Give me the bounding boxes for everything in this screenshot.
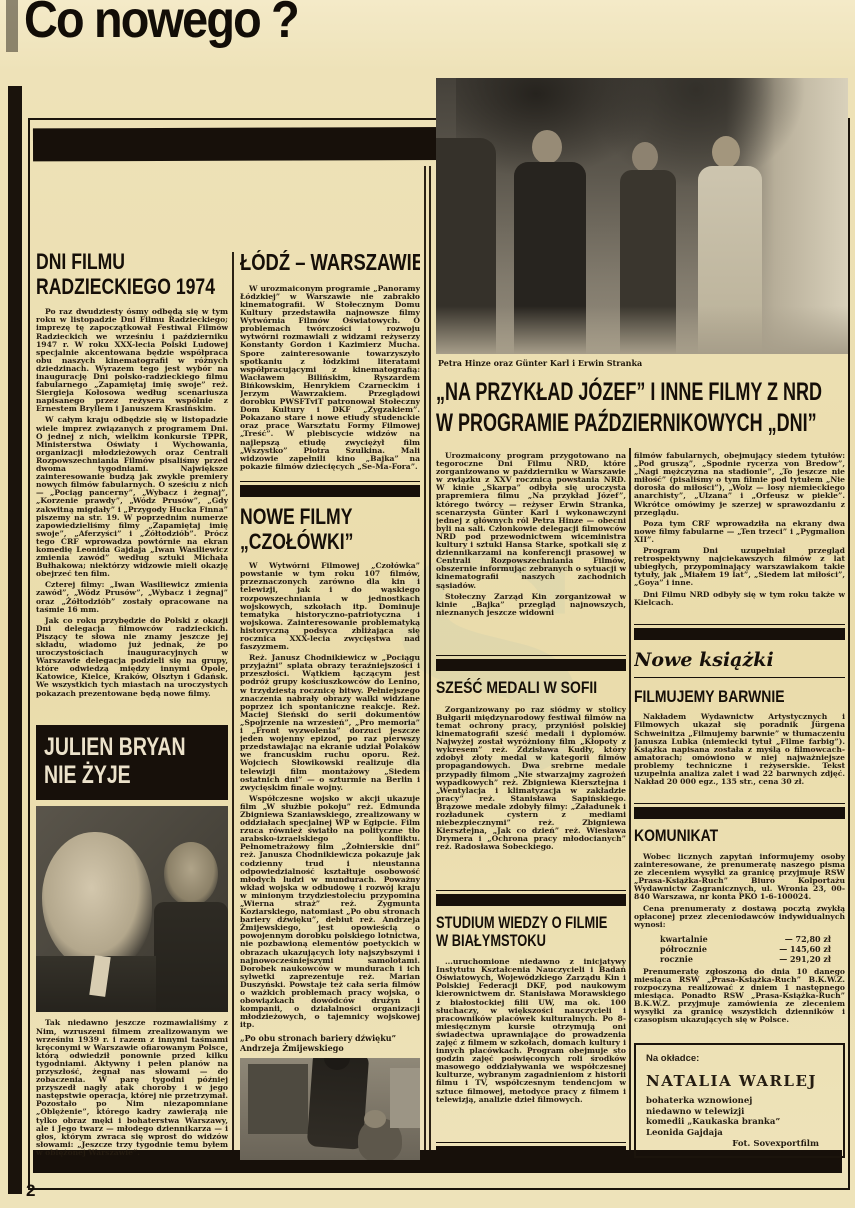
article-body: ...uruchomione niedawno z inicjatywy Ins… xyxy=(436,958,626,1107)
article-body: Tak niedawno jeszcze rozmawialiśmy z Nim… xyxy=(36,1019,228,1160)
paragraph: W całym kraju odbędzie się w listopadzie… xyxy=(36,416,228,578)
article-title-nrd: „NA PRZYKŁAD JÓZEF” I INNE FILMY Z NRD W… xyxy=(436,377,848,439)
section-divider xyxy=(634,624,845,640)
article-body: W Wytwórni Filmowej „Czołówka” powstanie… xyxy=(240,562,420,1032)
paragraph: filmów fabularnych, obejmujący siedem ty… xyxy=(634,452,845,517)
column-4: filmów fabularnych, obejmujący siedem ty… xyxy=(634,452,845,1158)
column-divider xyxy=(429,166,431,1150)
column-divider xyxy=(232,252,234,1150)
article-body: Nakładem Wydawnictw Artystycznych i Film… xyxy=(634,713,845,789)
article-title-filmujemy: FILMUJEMY BARWNIE xyxy=(634,688,807,707)
price-row: rocznie — 291,20 zł xyxy=(660,954,831,964)
paragraph: Program Dni uzupełniał przegląd retrospe… xyxy=(634,547,845,587)
article-title-komunikat: KOMUNIKAT xyxy=(634,827,807,846)
magazine-page: M S Co nowego ? Petra Hinze oraz Günter … xyxy=(0,0,855,1208)
photo-caption: „Po obu stronach bariery dźwięku” Andrze… xyxy=(240,1033,420,1053)
price-row: kwartalnie — 72,80 zł xyxy=(660,934,831,944)
article-body: filmów fabularnych, obejmujący siedem ty… xyxy=(634,452,845,610)
paragraph: Cena prenumeraty z dostawą pocztą zwykłą… xyxy=(634,905,845,929)
section-divider xyxy=(634,803,845,819)
paragraph: Jak co roku przybędzie do Polski z okazj… xyxy=(36,617,228,698)
section-divider xyxy=(436,655,626,671)
section-divider xyxy=(240,481,420,497)
article-title-line: W PROGRAMIE PAŹDZIERNIKOWYCH „DNI” xyxy=(436,408,733,439)
column-1: DNI FILMU RADZIECKIEGO 1974 Po raz dwudz… xyxy=(36,250,228,1160)
column-divider xyxy=(424,166,426,1150)
page-title: Co nowego ? xyxy=(24,0,298,50)
section-header-nowe-ksiazki: Nowe książki xyxy=(634,648,845,678)
paragraph: Wobec licznych zapytań informujemy osoby… xyxy=(634,853,845,902)
paragraph: Czterej filmy: „Iwan Wasiliewicz zmienia… xyxy=(36,581,228,613)
paragraph: Stołeczny Zarząd Kin zorganizował w kini… xyxy=(436,593,626,617)
paragraph: Nakładem Wydawnictw Artystycznych i Film… xyxy=(634,713,845,786)
article-title-dni-filmu: DNI FILMU RADZIECKIEGO 1974 xyxy=(36,250,190,299)
paragraph: W urozmaiconym programie „Panoramy Łódzk… xyxy=(240,285,420,471)
paragraph: Po raz dwudziesty ósmy odbędą się w tym … xyxy=(36,308,228,413)
article-title-czolowka: NOWE FILMY „CZOŁÓWKI” xyxy=(240,505,384,554)
subscription-price-list: kwartalnie — 72,80 zł półrocznie — 145,6… xyxy=(634,934,845,964)
price-row: półrocznie — 145,60 zł xyxy=(660,944,831,954)
article-body: W urozmaiconym programie „Panoramy Łódzk… xyxy=(240,285,420,474)
section-divider xyxy=(436,890,626,906)
paragraph: Urozmaicony program przygotowano na tego… xyxy=(436,452,626,590)
column-2: ŁÓDŹ – WARSZAWIE W urozmaiconym programi… xyxy=(240,250,420,1160)
section-divider xyxy=(436,1142,626,1158)
cover-label: Na okładce: xyxy=(646,1053,833,1064)
column-divider xyxy=(629,448,631,1150)
paragraph: Dni Filmu NRD odbyły się w tym roku takż… xyxy=(634,591,845,607)
article-body: Wobec licznych zapytań informujemy osoby… xyxy=(634,853,845,932)
photo-caption: Petra Hinze oraz Günter Karl i Erwin Str… xyxy=(438,358,848,368)
cover-person-name: NATALIA WARLEJ xyxy=(646,1072,833,1090)
paragraph: Tak niedawno jeszcze rozmawialiśmy z Nim… xyxy=(36,1019,228,1157)
paragraph: Współczesne wojsko w akcji ukazuje film … xyxy=(240,795,420,1030)
article-body: Urozmaicony program przygotowano na tego… xyxy=(436,452,626,620)
article-title-studium: STUDIUM WIEDZY O FILMIE W BIAŁYMSTOKU xyxy=(436,914,584,950)
photo-julien-bryan xyxy=(36,806,228,1012)
article-title-lodz: ŁÓDŹ – WARSZAWIE xyxy=(240,250,384,276)
photo-film-set xyxy=(240,1058,420,1161)
left-edge-bar xyxy=(8,86,22,1194)
article-title-julien-bryan: JULIEN BRYAN NIE ŻYJE xyxy=(36,725,228,800)
photo-petra-hinze xyxy=(436,78,848,354)
article-body: Po raz dwudziesty ósmy odbędą się w tym … xyxy=(36,308,228,700)
cover-info-box: Na okładce: NATALIA WARLEJ bohaterka wzn… xyxy=(634,1043,845,1158)
column-3: Urozmaicony program przygotowano na tego… xyxy=(436,452,626,1158)
article-title-line: „NA PRZYKŁAD JÓZEF” I INNE FILMY Z NRD xyxy=(436,377,733,408)
paragraph: W Wytwórni Filmowej „Czołówka” powstanie… xyxy=(240,562,420,651)
article-title-sofia: SZEŚĆ MEDALI W SOFII xyxy=(436,679,592,698)
page-number: 2 xyxy=(26,1182,35,1199)
article-body: Zorganizowany po raz siódmy w stolicy Bu… xyxy=(436,706,626,855)
paragraph: Reż. Janusz Chodnikiewicz w „Pociągu prz… xyxy=(240,654,420,792)
paragraph: Prenumeratę zgłoszoną do dnia 10 danego … xyxy=(634,968,845,1025)
photo-credit: Fot. Sovexportfilm xyxy=(646,1138,833,1150)
paragraph: ...uruchomione niedawno z inicjatywy Ins… xyxy=(436,958,626,1104)
paragraph: Poza tym CRF wprowadziła na ekrany dwa n… xyxy=(634,520,845,544)
page-edge-mark xyxy=(6,0,18,52)
paragraph: Zorganizowany po raz siódmy w stolicy Bu… xyxy=(436,706,626,852)
article-body: Prenumeratę zgłoszoną do dnia 10 danego … xyxy=(634,968,845,1028)
